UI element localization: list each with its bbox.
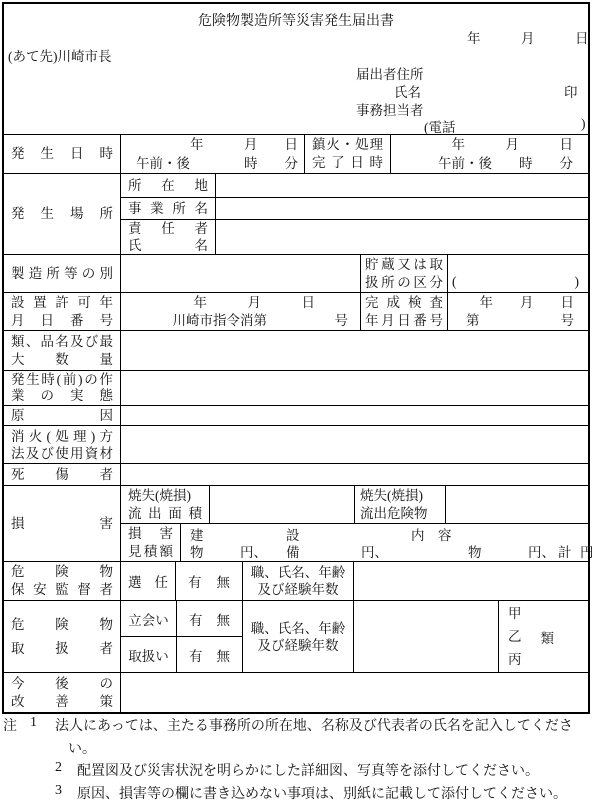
damage-estimate-field: 建 設 内 容 物 円、 備 円、 物 円、 計 円 <box>180 524 588 561</box>
handler-value-cell <box>353 601 498 672</box>
handling-yes-no: 有無 <box>176 637 242 672</box>
supervisor-yes-no: 有無 <box>175 562 242 600</box>
cause-label: 原因 <box>4 406 120 425</box>
extinguish-method-label: 消火(処理)方 法及び使用資材 <box>4 426 120 463</box>
row-safety-supervisor: 危険物 保安監督者 選任 有無 職、氏名、年齢 及び経験年数 <box>4 561 588 600</box>
seal-label: 印 <box>564 81 578 101</box>
cause-value-cell <box>120 406 588 425</box>
facility-type-label: 製造所等の別 <box>4 255 120 292</box>
class-quantity-label: 類、品名及び最 大数量 <box>4 331 120 370</box>
note1-text: 法人にあっては、主たる事務所の所在地、名称及び代表者の氏名を記入してくださ <box>55 715 573 735</box>
handler-subtable: 立会い 有無 取扱い 有無 <box>120 601 242 672</box>
estimate-token-yen-3: 円、 <box>528 544 555 561</box>
estimate-token-yen-2: 円、 <box>361 544 388 561</box>
class-hei: 丙 <box>508 648 522 671</box>
work-state-value-cell <box>120 371 588 405</box>
row-improvement: 今後の 改善策 <box>4 672 588 712</box>
row-damage: 損害 焼失(焼損) 流出面積 焼失(焼損) 流出危険物 <box>4 485 588 561</box>
supervisor-selection-label: 選任 <box>120 562 175 600</box>
estimate-token-yen-1: 円、 <box>240 544 267 561</box>
row-location: 発生場所 所在地 事業所名 責任者 <box>4 173 588 254</box>
extinguish-method-value-cell <box>120 426 588 463</box>
disaster-report-form: 危険物製造所等災害発生届出書 年 月 日 (あて先)川崎市長 届出者住所 氏名 … <box>0 0 592 802</box>
license-class-cell: 甲 乙 丙 類 <box>498 601 588 672</box>
class-ko: 甲 <box>508 602 522 625</box>
address-sublabel: 所在地 <box>121 174 215 197</box>
paren-open: ( <box>452 273 457 290</box>
storage-category-label: 貯蔵又は取 扱所の区分 <box>360 255 447 292</box>
estimate-token-yen-4: 円 <box>580 544 592 561</box>
class-otsu: 乙 <box>508 625 522 648</box>
burn-area-label: 焼失(焼損) 流出面積 <box>121 486 209 523</box>
damage-estimate-row: 損害 見積額 建 設 内 容 物 円、 備 円、 物 円、 計 円 <box>121 523 588 561</box>
storage-category-value-cell: ( ) <box>447 255 588 292</box>
completion-inspection-field: 年 月 日 第 号 <box>447 293 588 330</box>
damage-subtable: 焼失(焼損) 流出面積 焼失(焼損) 流出危険物 損害 見積額 <box>120 486 588 561</box>
damage-burn-row: 焼失(焼損) 流出面積 焼失(焼損) 流出危険物 <box>121 486 588 523</box>
casualties-value-cell <box>120 464 588 485</box>
note1-text-wrap: い。 <box>68 738 96 758</box>
form-header: 危険物製造所等災害発生届出書 年 月 日 (あて先)川崎市長 届出者住所 氏名 … <box>4 4 588 134</box>
business-name-sublabel: 事業所名 <box>121 198 215 219</box>
address-value-cell <box>215 174 588 197</box>
row-extinguish-method: 消火(処理)方 法及び使用資材 <box>4 425 588 463</box>
note3-number: 3 <box>55 783 62 799</box>
row-facility-type: 製造所等の別 貯蔵又は取 扱所の区分 ( ) <box>4 254 588 292</box>
supervisor-value-cell <box>353 562 588 600</box>
note2-number: 2 <box>55 760 62 776</box>
burn-area-value-cell <box>209 486 354 523</box>
casualties-label: 死傷者 <box>4 464 120 485</box>
supervisor-job-name-label: 職、氏名、年齢 及び経験年数 <box>242 562 353 600</box>
damage-estimate-label: 損害 見積額 <box>121 524 180 561</box>
note-mark: 注 <box>3 715 17 735</box>
estimate-token-equipment-1: 設 <box>286 527 300 544</box>
location-business-row: 事業所名 <box>121 197 588 219</box>
note2-text: 配置図及び災害状況を明らかにした詳細図、写真等を添付してください。 <box>77 760 539 780</box>
license-class-column: 甲 乙 丙 <box>508 602 522 671</box>
reporter-address-label: 届出者住所 <box>356 63 424 83</box>
permit-date-number-field: 年 月 日 川崎市指令消第 号 <box>120 293 360 330</box>
note1-number: 1 <box>30 715 37 731</box>
permit-label: 設置許可年 月日番号 <box>4 293 120 330</box>
occurrence-datetime-label: 発生日時 <box>4 135 120 173</box>
handler-witness-row: 立会い 有無 <box>121 601 242 636</box>
row-occurrence-datetime: 発生日時 年 月 日 午前・後 時 分 鎮火・処理 完了日時 年 月 日 午前・… <box>4 134 588 173</box>
safety-supervisor-label: 危険物 保安監督者 <box>4 562 120 600</box>
extinguish-datetime-field: 年 月 日 午前・後 時 分 <box>390 135 588 173</box>
handling-label: 取扱い <box>121 637 176 672</box>
header-date-blank: 年 月 日 <box>467 27 589 47</box>
estimate-token-building-1: 建 <box>190 527 204 544</box>
burn-material-value-cell <box>445 486 588 523</box>
occurrence-datetime-field: 年 月 日 午前・後 時 分 <box>120 135 304 173</box>
row-class-quantity: 類、品名及び最 大数量 <box>4 330 588 370</box>
row-casualties: 死傷者 <box>4 463 588 485</box>
clerk-label: 事務担当者 <box>356 99 424 119</box>
responsible-person-value-cell <box>215 220 588 254</box>
row-work-state: 発生時(前)の作 業の実態 <box>4 370 588 405</box>
facility-type-value-cell <box>120 255 360 292</box>
form-table: 危険物製造所等災害発生届出書 年 月 日 (あて先)川崎市長 届出者住所 氏名 … <box>2 2 590 714</box>
paren-close: ) <box>575 273 580 290</box>
class-rui-label: 類 <box>541 627 555 647</box>
addressee-label: (あて先)川崎市長 <box>8 45 112 65</box>
witness-label: 立会い <box>121 601 176 636</box>
estimate-token-total: 計 <box>558 544 572 561</box>
reporter-name-label: 氏名 <box>394 81 421 101</box>
handler-handling-row: 取扱い 有無 <box>121 636 242 672</box>
note3-text: 原因、損害等の欄に書き込めない事項は、別紙に記載して添付してください。 <box>77 783 567 802</box>
witness-yes-no: 有無 <box>176 601 242 636</box>
burn-material-label: 焼失(焼損) 流出危険物 <box>354 486 445 523</box>
damage-label: 損害 <box>4 486 120 561</box>
location-label: 発生場所 <box>4 174 120 254</box>
location-responsible-row: 責任者 氏名 <box>121 219 588 254</box>
estimate-token-contents-2: 物 <box>468 544 482 561</box>
location-subtable: 所在地 事業所名 責任者 氏名 <box>120 174 588 254</box>
row-cause: 原因 <box>4 405 588 425</box>
business-name-value-cell <box>215 198 588 219</box>
location-address-row: 所在地 <box>121 174 588 197</box>
estimate-token-building-2: 物 <box>190 544 204 561</box>
improvement-value-cell <box>120 673 588 712</box>
phone-paren-close: ) <box>581 116 586 132</box>
work-state-label: 発生時(前)の作 業の実態 <box>4 371 120 405</box>
hazmat-handler-label: 危険物 取扱者 <box>4 601 120 672</box>
class-quantity-value-cell <box>120 331 588 370</box>
extinguish-complete-label: 鎮火・処理 完了日時 <box>304 135 390 173</box>
phone-label: (電話 <box>424 116 456 136</box>
row-permit: 設置許可年 月日番号 年 月 日 川崎市指令消第 号 完成検査 年月日番号 年 … <box>4 292 588 330</box>
improvement-label: 今後の 改善策 <box>4 673 120 712</box>
handler-job-name-label: 職、氏名、年齢 及び経験年数 <box>242 601 353 672</box>
responsible-person-sublabel: 責任者 氏名 <box>121 220 215 254</box>
row-hazmat-handler: 危険物 取扱者 立会い 有無 取扱い 有無 <box>4 600 588 672</box>
estimate-token-contents-1: 内 容 <box>411 527 452 544</box>
completion-inspection-label: 完成検査 年月日番号 <box>360 293 447 330</box>
estimate-token-equipment-2: 備 <box>286 544 300 561</box>
